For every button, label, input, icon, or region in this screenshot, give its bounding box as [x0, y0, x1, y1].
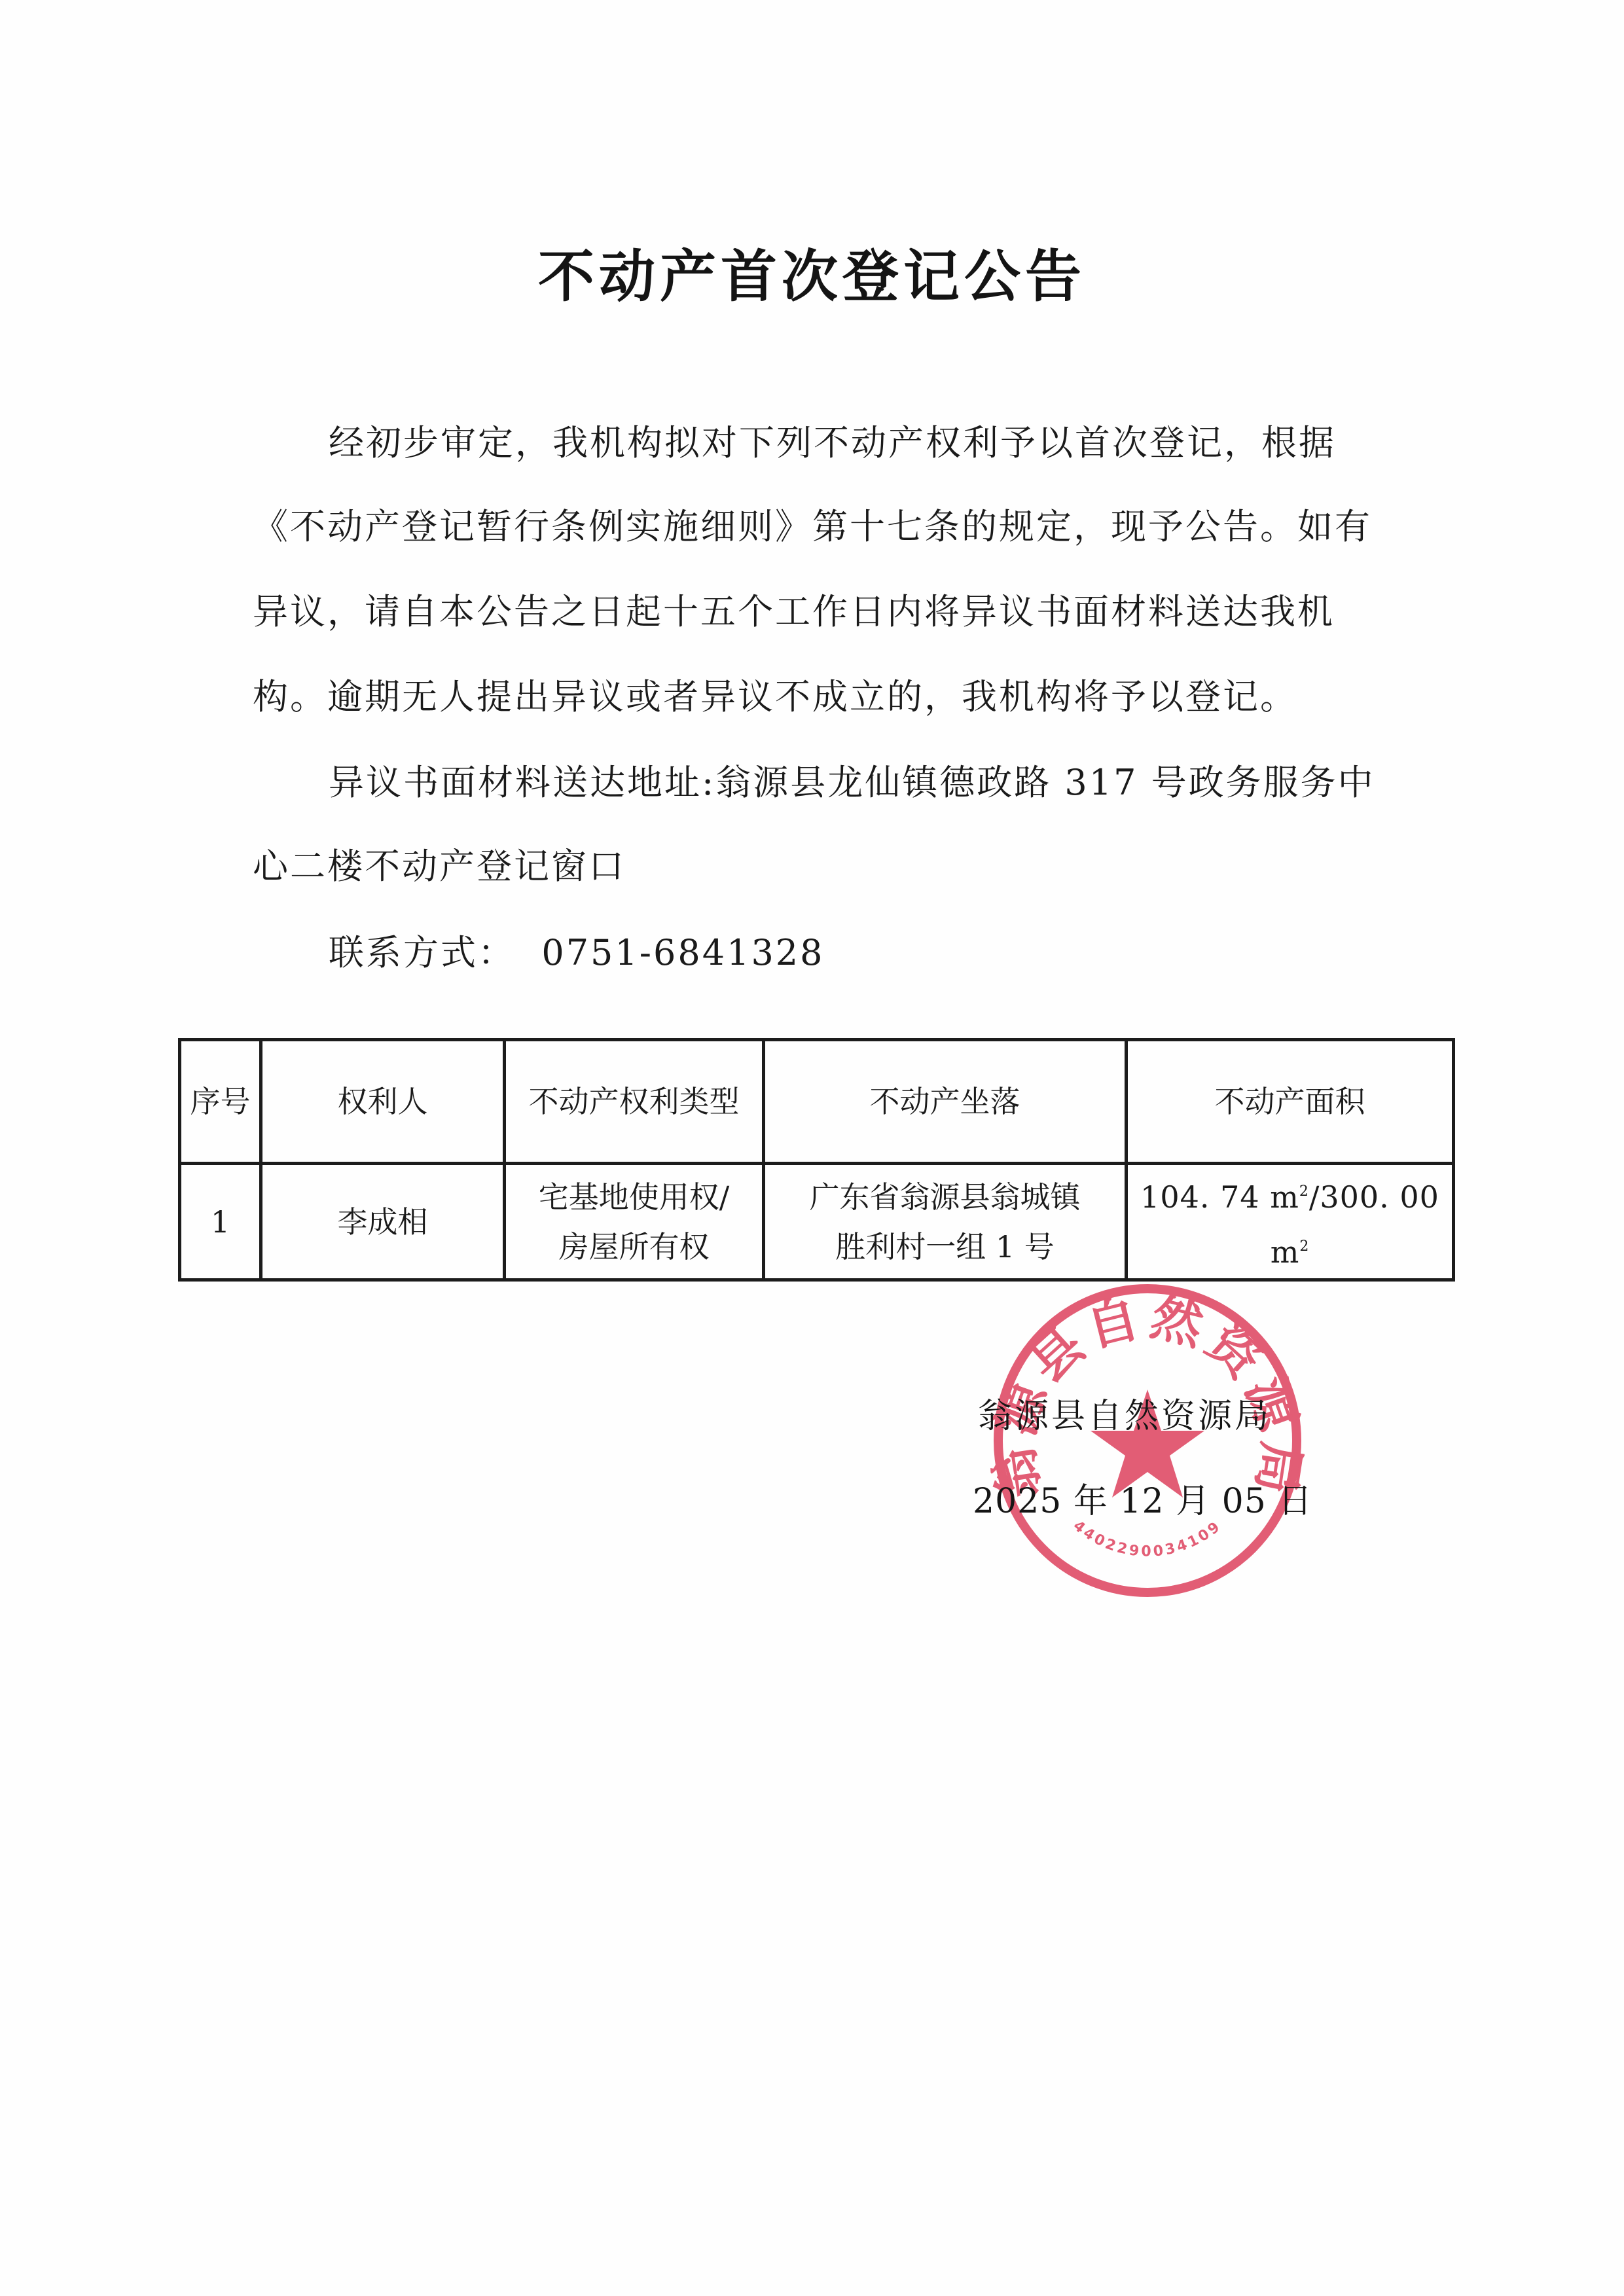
- location-line-1: 广东省翁源县翁城镇: [765, 1172, 1125, 1222]
- contact-label: 联系方式：: [329, 932, 515, 973]
- signing-organization: 翁源县自然资源局: [978, 1395, 1271, 1437]
- header-index: 序号: [180, 1040, 261, 1164]
- right-type-line-2: 房屋所有权: [506, 1222, 762, 1272]
- signing-date: 2025 年 12 月 05 日: [973, 1480, 1312, 1522]
- header-area: 不动产面积: [1127, 1040, 1454, 1164]
- body-paragraph-1-line-2: 《不动产登记暂行条例实施细则》第十七条的规定，现予公告。如有: [253, 506, 1372, 548]
- address-line-1: 异议书面材料送达地址:翁源县龙仙镇德政路 317 号政务服务中: [329, 762, 1375, 804]
- address-line-2: 心二楼不动产登记窗口: [253, 846, 626, 888]
- cell-location: 广东省翁源县翁城镇 胜利村一组 1 号: [764, 1164, 1127, 1280]
- body-paragraph-1-line-3: 异议，请自本公告之日起十五个工作日内将异议书面材料送达我机: [253, 591, 1335, 633]
- seal-serial: 4402290034109: [1070, 1518, 1225, 1560]
- area-unit-sup: 2: [1299, 1183, 1309, 1200]
- body-paragraph-1-line-1: 经初步审定，我机构拟对下列不动产权利予以首次登记，根据: [329, 422, 1336, 464]
- header-location: 不动产坐落: [764, 1040, 1127, 1164]
- contact-phone: 0751-6841328: [541, 932, 824, 973]
- area-separator: /: [1309, 1179, 1320, 1215]
- header-right-type: 不动产权利类型: [505, 1040, 764, 1164]
- cell-owner: 李成相: [261, 1164, 505, 1280]
- contact-line: 联系方式： 0751-6841328: [329, 932, 825, 974]
- cell-area: 104. 74 m2/300. 00 m2: [1127, 1164, 1454, 1280]
- table-header-row: 序号 权利人 不动产权利类型 不动产坐落 不动产面积: [180, 1040, 1454, 1164]
- cell-right-type: 宅基地使用权/ 房屋所有权: [505, 1164, 764, 1280]
- cell-index: 1: [180, 1164, 261, 1280]
- right-type-line-1: 宅基地使用权/: [506, 1172, 762, 1222]
- header-owner: 权利人: [261, 1040, 505, 1164]
- document-page: 不动产首次登记公告 经初步审定，我机构拟对下列不动产权利予以首次登记，根据 《不…: [0, 0, 1624, 2296]
- location-line-2: 胜利村一组 1 号: [765, 1222, 1125, 1272]
- page-title: 不动产首次登记公告: [0, 241, 1624, 313]
- area-land: 104. 74 m: [1140, 1179, 1299, 1215]
- body-paragraph-1-line-4: 构。逾期无人提出异议或者异议不成立的，我机构将予以登记。: [253, 676, 1297, 718]
- area-unit-sup: 2: [1299, 1238, 1309, 1255]
- official-seal-stamp: 翁源县自然资源局 4402290034109: [990, 1282, 1305, 1600]
- table-row: 1 李成相 宅基地使用权/ 房屋所有权 广东省翁源县翁城镇 胜利村一组 1 号 …: [180, 1164, 1454, 1280]
- registration-table: 序号 权利人 不动产权利类型 不动产坐落 不动产面积 1 李成相 宅基地使用权/…: [178, 1038, 1455, 1282]
